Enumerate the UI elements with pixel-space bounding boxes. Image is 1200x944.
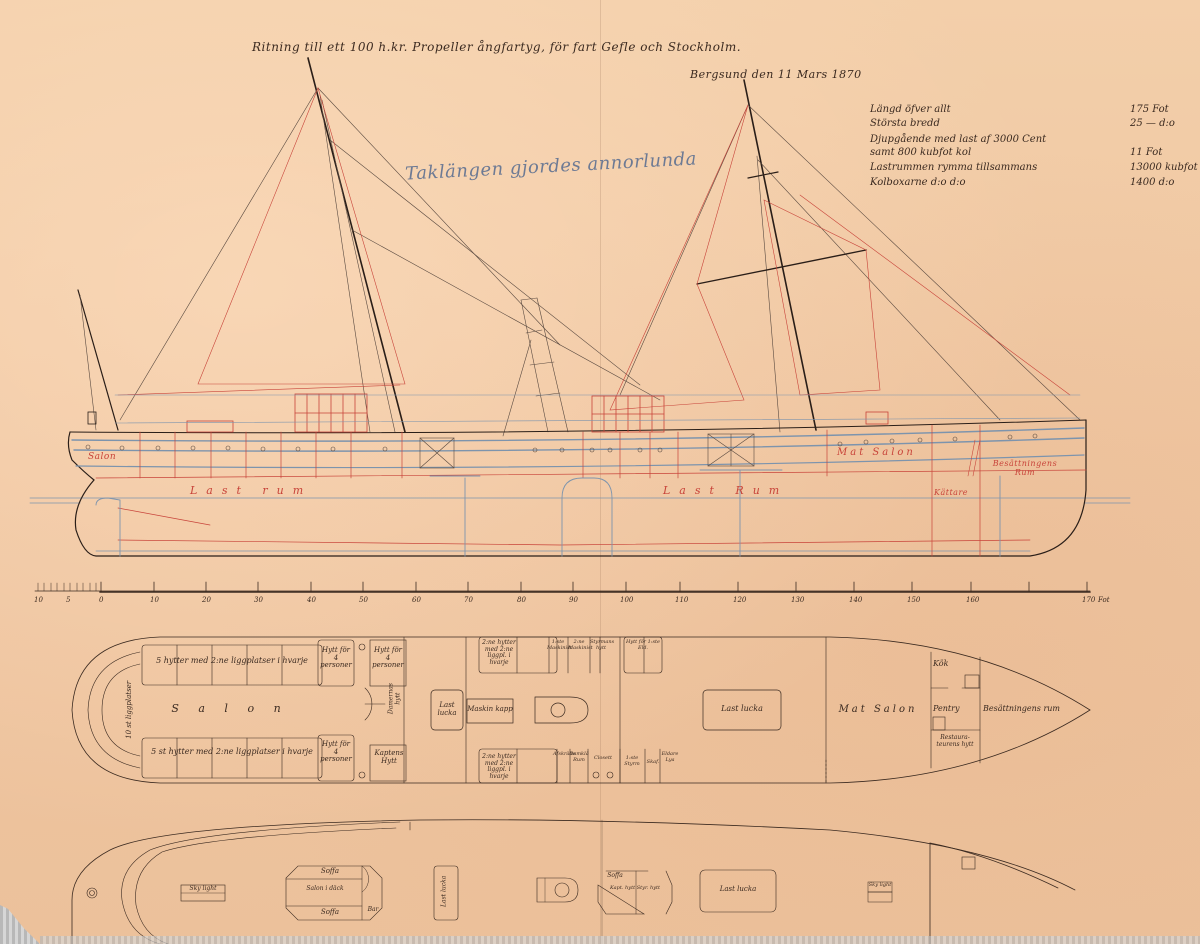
scale-tick: 30 (254, 596, 263, 604)
room-label: Sky light (866, 883, 894, 889)
scale-tick: 110 (675, 596, 688, 604)
scale-tick: 100 (620, 596, 633, 604)
scale-tick: 130 (791, 596, 804, 604)
scale-tick: 120 (733, 596, 746, 604)
room-label: Last lucka (705, 705, 779, 714)
sails (118, 88, 1070, 410)
scale-tick: 10 (34, 596, 43, 604)
scale-tick: 150 (907, 596, 920, 604)
room-label: Besättningens rum (983, 705, 1088, 714)
room-label: Styrmans hytt (590, 640, 612, 651)
room-label: Restaura-teurens hytt (932, 735, 978, 748)
room-label: Soffa (600, 873, 630, 880)
room-label-salon: S a l o n (170, 703, 290, 715)
scale-tick: 60 (412, 596, 421, 604)
scale-tick: 140 (849, 596, 862, 604)
room-label: Salon i däck (288, 886, 362, 893)
scale-unit: Fot (1098, 596, 1110, 604)
scale-tick: 5 (66, 596, 70, 604)
room-label: 1:ste Maskinist (547, 640, 569, 651)
room-label-mat-salon: Mat Salon (830, 704, 926, 715)
room-label: Eldare Lya (660, 752, 680, 763)
rigging (78, 58, 1080, 436)
room-label: Pentry (933, 705, 973, 714)
room-label: Hytt för 4 personer (320, 647, 352, 670)
label-hold-aft: Last rum (190, 484, 312, 497)
room-label: 10 st liggplatser (126, 680, 134, 740)
room-label: Last lucka (702, 886, 774, 894)
torn-edge (40, 936, 1200, 944)
room-label: 2:ne hytter med 2:ne liggpl. i hvarje (480, 640, 518, 666)
room-label: Sky light (181, 886, 225, 893)
upper-deck-plan (72, 820, 1075, 944)
room-label: Soffa (300, 909, 360, 917)
room-label: Last lucka (432, 702, 462, 717)
room-label: 2:ne hytter med 2:ne liggpl. i hvarje (480, 754, 518, 780)
room-label: Closett (589, 756, 617, 762)
scale-tick: 50 (359, 596, 368, 604)
label-crew-quarters: Besättningens Rum (985, 459, 1065, 477)
room-label: Hytt för 1:ste Eld. (624, 640, 662, 651)
room-label: Kaptens Hytt (372, 750, 406, 765)
scale-tick: 0 (99, 596, 103, 604)
label-hold-fwd: Last Rum (663, 484, 788, 497)
label-salon-aft: Salon (88, 452, 116, 462)
room-label: Hytt för 4 personer (371, 647, 405, 670)
hull-profile (30, 394, 1130, 556)
room-label: Maskin kapp (467, 706, 513, 714)
room-label: Hytt för 4 personer (320, 741, 352, 764)
scale-tick: 20 (202, 596, 211, 604)
room-label: Kök (933, 660, 963, 669)
scale-tick: 170 (1082, 596, 1095, 604)
scale-bar (35, 582, 1090, 592)
scale-tick: 90 (569, 596, 578, 604)
room-label: Damernas hytt (388, 682, 401, 716)
label-hatch: Kättare (934, 488, 968, 497)
room-label: Last lucka (442, 866, 449, 916)
scale-tick: 160 (966, 596, 979, 604)
room-label: Damklä Rum (568, 752, 590, 763)
room-label: Kapt. hytt Styr. hytt (598, 886, 672, 892)
room-label: 2:ne Maskinist (568, 640, 590, 651)
room-label: 5 hytter med 2:ne liggplatser i hvarje (146, 657, 318, 666)
scale-tick: 70 (464, 596, 473, 604)
scale-tick: 10 (150, 596, 159, 604)
room-label: 5 st hytter med 2:ne liggplatser i hvarj… (146, 748, 318, 757)
room-label: Bar (364, 907, 382, 914)
room-label: Skaf. (645, 760, 661, 766)
scale-tick: 40 (307, 596, 316, 604)
label-mat-salon: Mat Salon (837, 447, 916, 458)
room-label: Soffa (300, 868, 360, 876)
room-label: 1:ste Styrm (618, 756, 646, 767)
scale-tick: 80 (517, 596, 526, 604)
